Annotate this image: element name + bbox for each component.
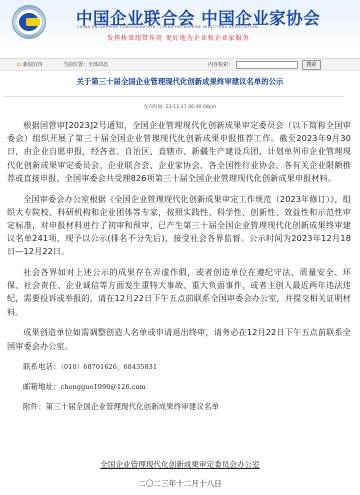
publish-label: 发布时间: [144,105,164,110]
phone-value: （010）68701626、68435831 [61,363,158,371]
search-input[interactable] [236,61,298,69]
signature-org: 全国企业管理现代化创新成果审定委员会办公室 [0,459,360,470]
contact-phone: 联系电话：（010）68701626、68435831 [7,360,351,374]
site-header-banner: 中国企业联合会 中国企业家协会 CHINA ENTERPRISE CONFEDE… [0,0,360,55]
slogan: 发挥桥梁纽带作用 更好地为企业和企业家服务 [107,33,250,42]
signature-date: 二〇二三年十二月十八日 [0,478,360,489]
article-body: 根据国管审[2023]2号通知，全国企业管理现代化创新成果审定委员会（以下简称全… [7,119,351,418]
cec-logo-icon[interactable] [12,5,46,39]
breadcrumb: 当前位置：全部动态 [63,61,108,68]
article-title: 关于第三十届全国企业管理现代化创新成果终审建议名单的公示 [0,76,360,87]
attachment-label: 附件： [23,402,46,411]
phone-label: 联系电话： [23,362,61,371]
org-name-en: CHINA ENTERPRISE CONFEDERATION / CHINA E… [77,25,258,29]
paragraph-4: 成果创造单位如需调整创造人名单或申请退出终审，请务必在12月22日下午五点前联系… [7,326,351,352]
search-button[interactable]: 搜索 [302,60,321,70]
title-divider [4,96,344,97]
nav-bar: ⌂新闻宣传 当前位置：全部动态 内容检索： 搜索 [0,58,360,71]
contact-email: 邮箱地址：chengguo1990@126.com [7,380,351,394]
paragraph-1: 根据国管审[2023]2号通知，全国企业管理现代化创新成果审定委员会（以下简称全… [7,119,351,185]
attachment-link[interactable]: 第三十届全国企业管理现代化创新成果终审建议名单 [46,402,219,411]
nav-home-label: 新闻宣传 [23,62,43,68]
search-label: 内容检索： [208,61,233,68]
paragraph-3: 社会各界如对上述公示的成果存在弄虚作假，或者创造单位在遵纪守法、质量安全、环保、… [7,266,351,319]
email-value[interactable]: chengguo1990@126.com [61,383,146,391]
attachment: 附件：第三十届全国企业管理现代化创新成果终审建议名单 [7,400,351,413]
publish-time: 发布时间:23-12-17 06:48:08pm [0,104,360,110]
paragraph-2: 全国审委会办公室根据《全国企业管理现代化创新成果审定工作规范（2023年修订）》… [7,193,351,259]
email-label: 邮箱地址： [23,382,61,391]
publish-value: 23-12-17 06:48:08pm [166,105,216,110]
nav-home-link[interactable]: ⌂新闻宣传 [17,61,43,68]
home-icon: ⌂ [17,61,21,68]
